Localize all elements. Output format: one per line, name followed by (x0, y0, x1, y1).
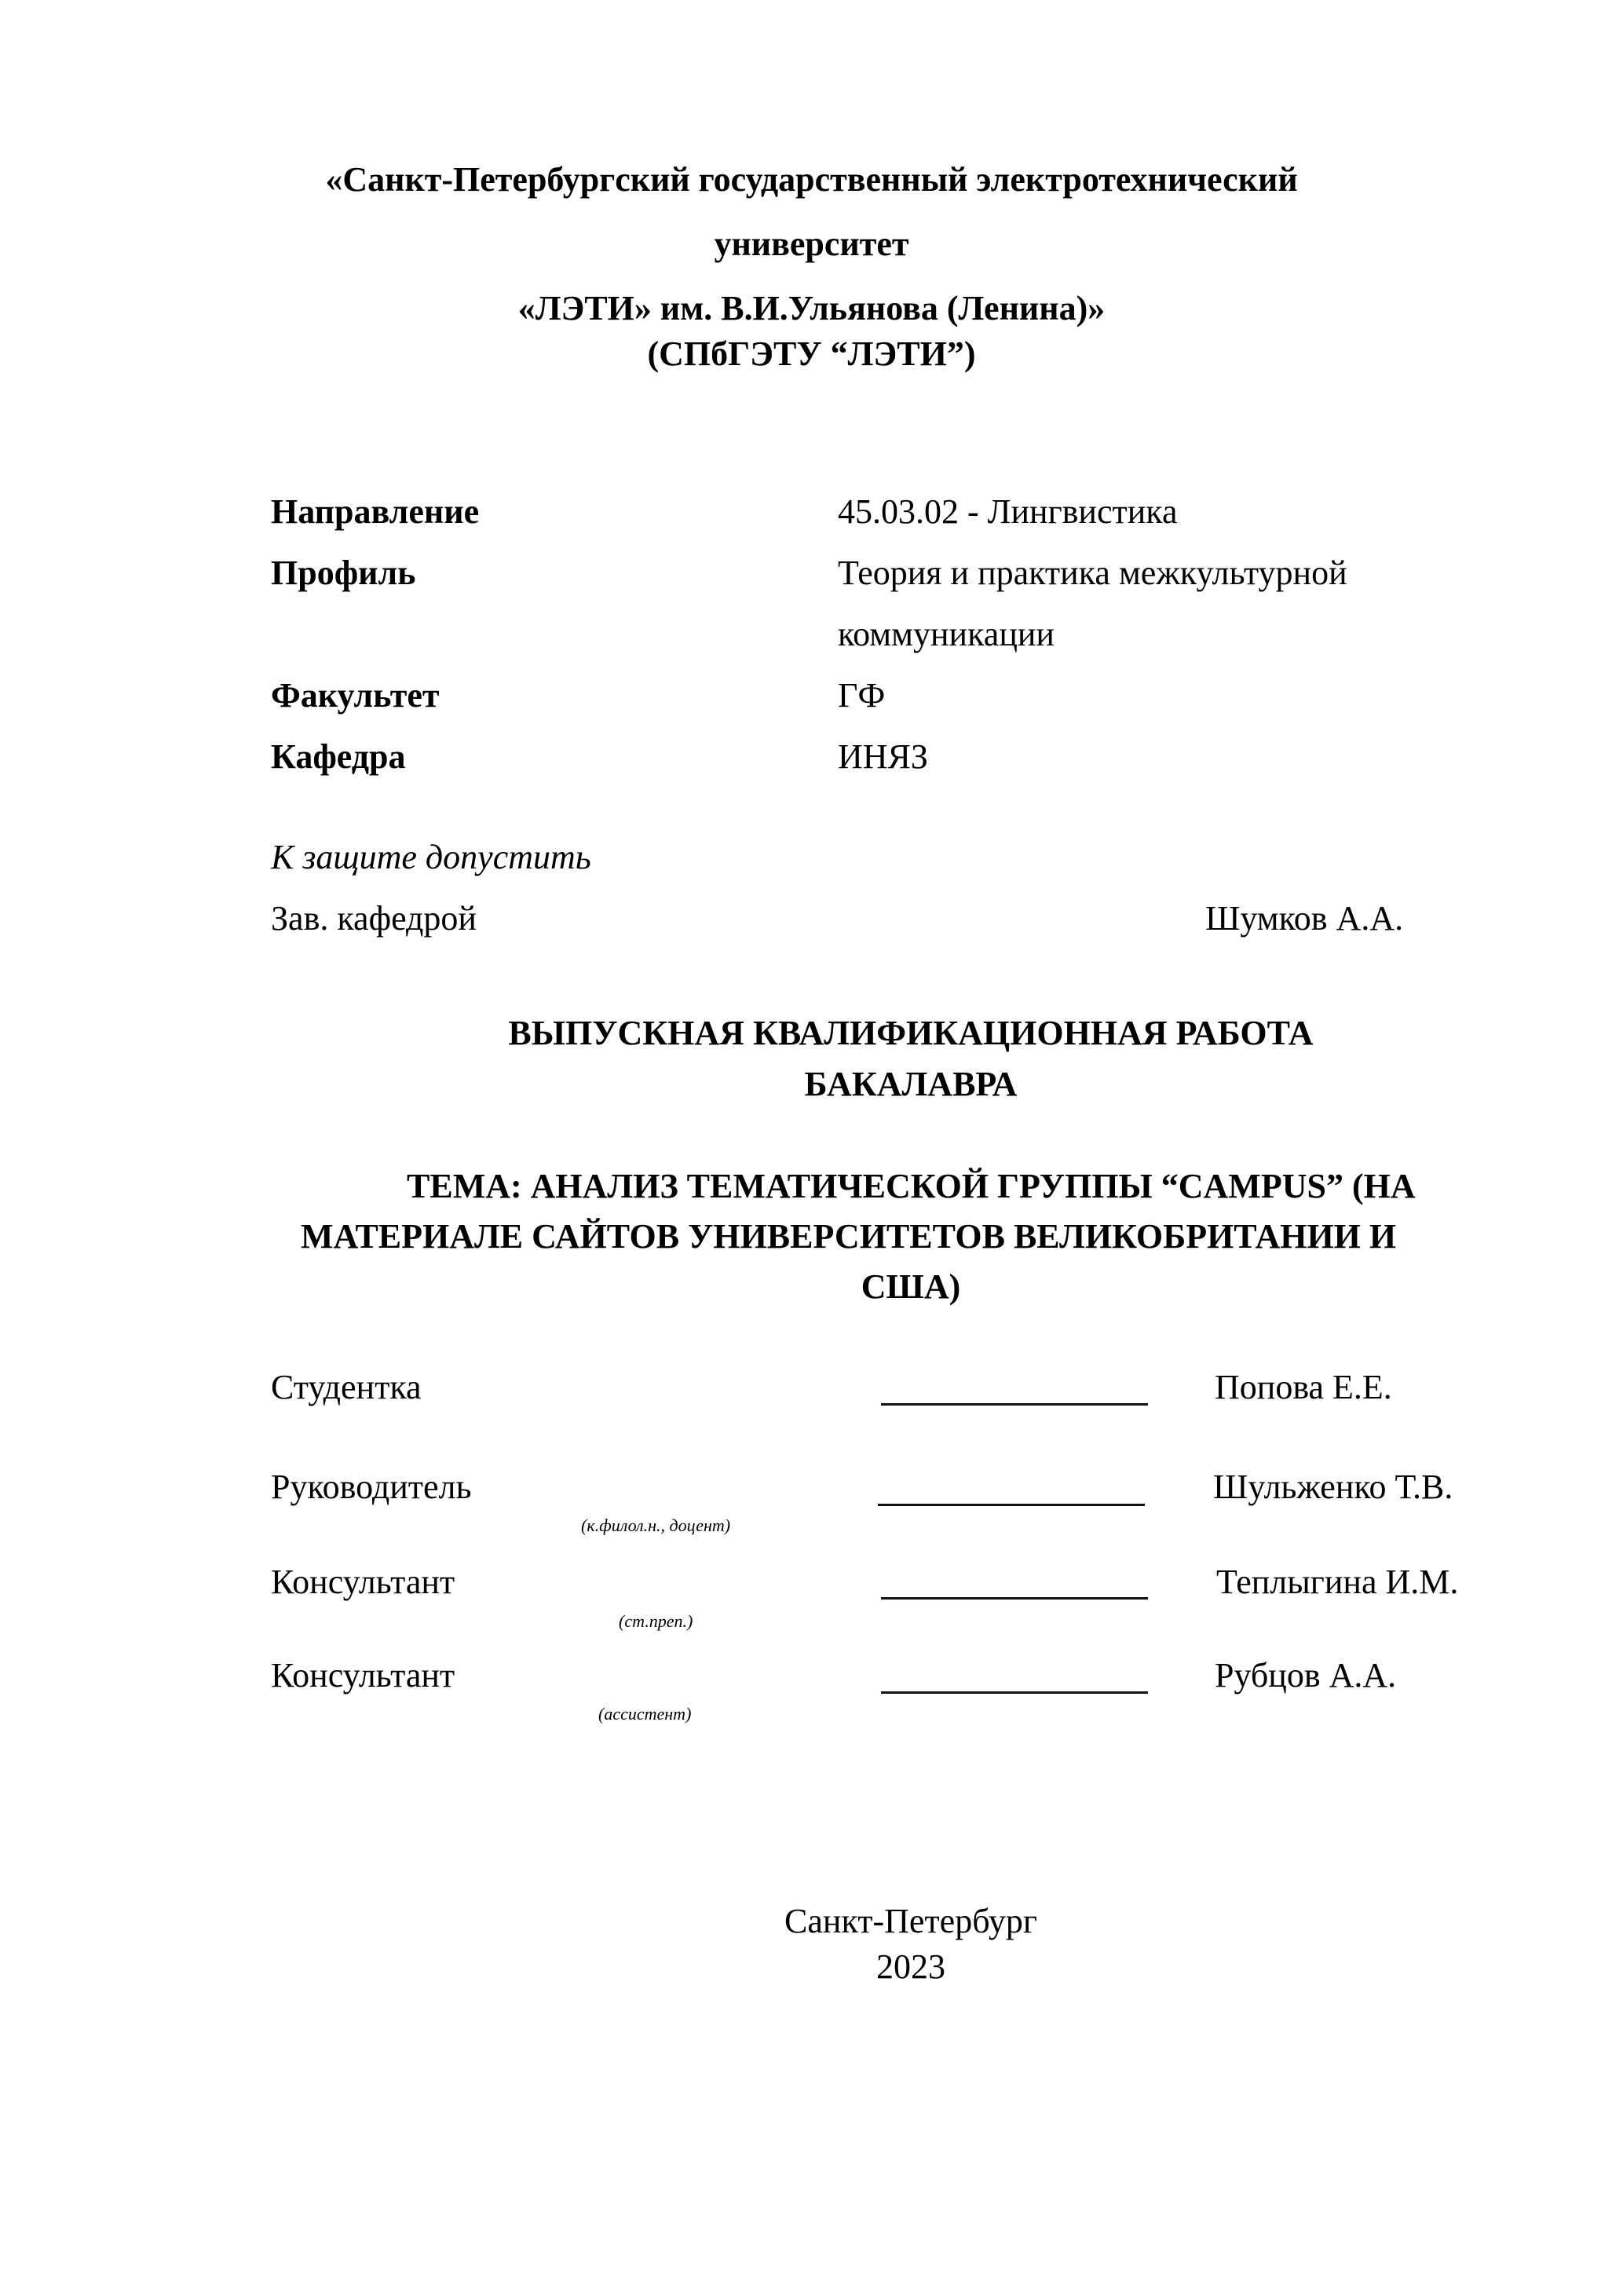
university-name-line1: «Санкт-Петербургский государственный эле… (0, 159, 1623, 199)
info-label-profile: Профиль (271, 556, 415, 590)
info-value-profile-cont: коммуникации (838, 617, 1055, 652)
footer-year: 2023 (0, 1950, 1623, 1984)
signature-line-student (881, 1403, 1148, 1406)
signature-name-consultant-2: Рубцов А.А. (1215, 1658, 1396, 1693)
signature-name-student: Попова Е.Е. (1215, 1370, 1392, 1405)
university-short-name: (СПбГЭТУ “ЛЭТИ”) (0, 334, 1623, 374)
signature-line-supervisor (878, 1504, 1145, 1506)
signature-role-consultant-2: Консультант (271, 1658, 455, 1693)
university-name-line3: «ЛЭТИ» им. В.И.Ульянова (Ленина)» (0, 288, 1623, 328)
signature-role-consultant-1: Консультант (271, 1565, 455, 1600)
topic-line1: ТЕМА: АНАЛИЗ ТЕМАТИЧЕСКОЙ ГРУППЫ “CAMPUS… (407, 1166, 1416, 1206)
info-value-department: ИНЯЗ (838, 740, 928, 774)
signature-name-supervisor: Шульженко Т.В. (1213, 1470, 1453, 1504)
approval-role: Зав. кафедрой (271, 901, 477, 936)
signature-line-consultant-2 (881, 1691, 1148, 1694)
info-value-profile: Теория и практика межкультурной (838, 556, 1347, 590)
info-label-faculty: Факультет (271, 678, 439, 713)
university-name-line2: университет (0, 224, 1623, 264)
topic-line2: МАТЕРИАЛЕ САЙТОВ УНИВЕРСИТЕТОВ ВЕЛИКОБРИ… (301, 1216, 1396, 1256)
approval-name: Шумков А.А. (1205, 901, 1403, 936)
signature-name-consultant-1: Теплыгина И.М. (1216, 1565, 1458, 1600)
info-label-department: Кафедра (271, 740, 405, 774)
signature-line-consultant-1 (881, 1597, 1148, 1600)
work-title-line2: БАКАЛАВРА (0, 1064, 1623, 1104)
footer-city: Санкт-Петербург (0, 1904, 1623, 1939)
signature-role-supervisor: Руководитель (271, 1470, 472, 1504)
work-title-line1: ВЫПУСКНАЯ КВАЛИФИКАЦИОННАЯ РАБОТА (0, 1013, 1623, 1053)
signature-title-supervisor: (к.филол.н., доцент) (581, 1515, 730, 1536)
info-value-direction: 45.03.02 - Лингвистика (838, 495, 1178, 529)
info-value-faculty: ГФ (838, 678, 885, 713)
signature-role-student: Студентка (271, 1370, 422, 1405)
signature-title-consultant-2: (ассистент) (598, 1704, 691, 1724)
info-label-direction: Направление (271, 495, 479, 529)
signature-title-consultant-1: (ст.преп.) (619, 1611, 693, 1632)
topic-line3: США) (0, 1267, 1623, 1307)
approval-note: К защите допустить (271, 840, 591, 875)
